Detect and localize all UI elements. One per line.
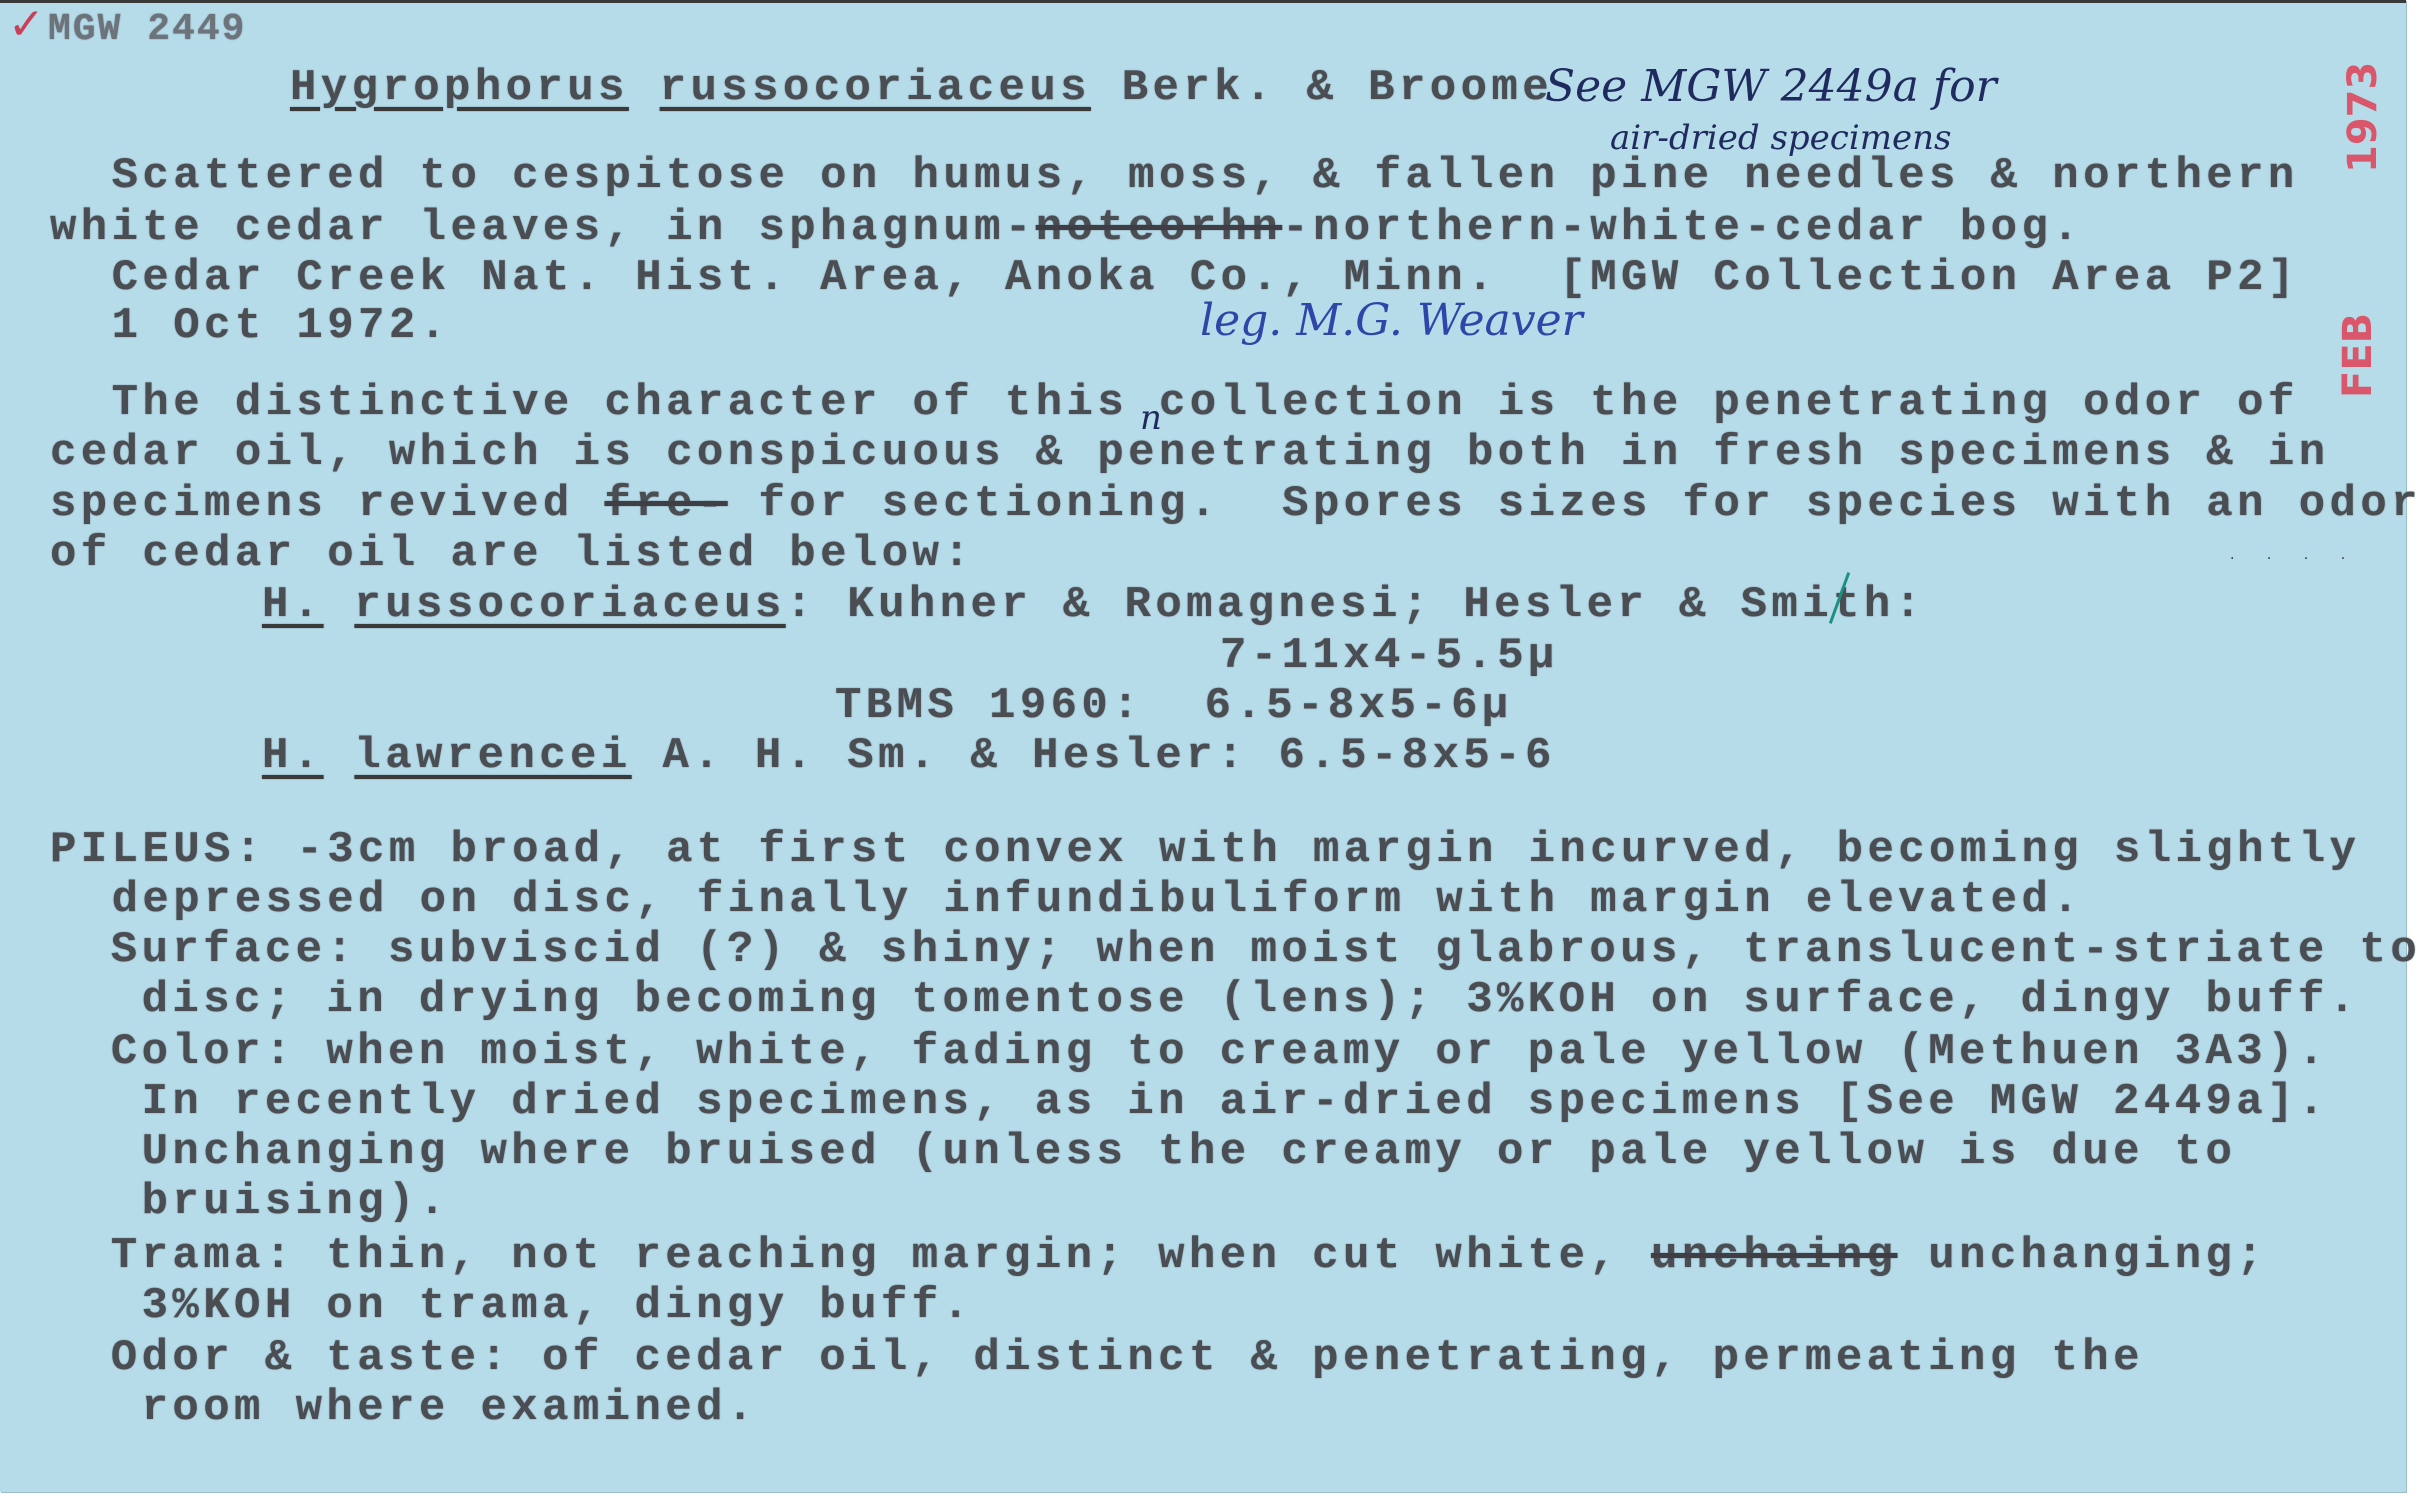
odor-line-1: Odor & taste: of cedar oil, distinct & p… xyxy=(80,1333,2144,1383)
spore-genus: H. xyxy=(262,731,324,781)
correction-handwritten: n xyxy=(1140,398,1162,438)
habitat-line-1: Scattered to cespitose on humus, moss, &… xyxy=(50,151,2299,201)
discussion-text: specimens revived xyxy=(50,479,604,529)
habitat-text: white cedar leaves, in sphagnum- xyxy=(50,203,1036,253)
struck-text: unchaing xyxy=(1651,1231,1897,1281)
date-stamp-year: 1973 xyxy=(2340,62,2386,173)
habitat-text: -northern-white-cedar bog. xyxy=(1282,203,2083,253)
discussion-line-3: specimens revived fre- for sectioning. S… xyxy=(50,479,2421,529)
surface-line-2: disc; in drying becoming tomentose (lens… xyxy=(80,975,2360,1025)
date-stamp-month: FEB xyxy=(2335,313,2381,398)
stray-dots: · · · · xyxy=(2230,551,2359,567)
discussion-line-2: cedar oil, which is conspicuous & penetr… xyxy=(50,428,2330,478)
discussion-line-1: The distinctive character of this collec… xyxy=(50,378,2299,428)
trama-text: unchanging; xyxy=(1897,1231,2267,1281)
herbarium-card: ✓ MGW 2449 Hygrophorus russocoriaceus Be… xyxy=(0,0,2406,1492)
locality-line: Cedar Creek Nat. Hist. Area, Anoka Co., … xyxy=(50,253,2299,303)
spore-row-2: H. lawrencei A. H. Sm. & Hesler: 6.5-8x5… xyxy=(262,731,1556,781)
spore-source: : Kuhner & Romagnesi; Hesler & Smith: xyxy=(786,580,1926,630)
spore-species: lawrencei xyxy=(354,731,631,781)
color-line-4: bruising). xyxy=(80,1177,450,1227)
struck-text: fre- xyxy=(604,479,727,529)
collector-handwritten: leg. M.G. Weaver xyxy=(1200,295,1583,346)
discussion-line-4: of cedar oil are listed below: xyxy=(50,529,974,579)
collection-date: 1 Oct 1972. xyxy=(50,301,450,351)
odor-line-2: room where examined. xyxy=(80,1383,758,1433)
trama-text: Trama: thin, not reaching margin; when c… xyxy=(80,1231,1651,1281)
color-line-3: Unchanging where bruised (unless the cre… xyxy=(80,1127,2236,1177)
catalog-number: MGW 2449 xyxy=(48,5,246,55)
spore-species: russocoriaceus xyxy=(354,580,785,630)
trama-line-1: Trama: thin, not reaching margin; when c… xyxy=(80,1231,2267,1281)
title-authority: Berk. & Broome xyxy=(1122,63,1553,113)
see-note-handwritten: See MGW 2449a for xyxy=(1545,61,1997,112)
spore-genus: H. xyxy=(262,580,324,630)
spore-size-1: 7-11x4-5.5µ xyxy=(1220,631,1559,681)
check-mark-icon: ✓ xyxy=(8,0,45,50)
trama-line-2: 3%KOH on trama, dingy buff. xyxy=(80,1281,973,1331)
habitat-line-2: white cedar leaves, in sphagnum-noteorhn… xyxy=(50,203,2083,253)
surface-line-1: Surface: subviscid (?) & shiny; when moi… xyxy=(80,925,2421,975)
spore-source: A. H. Sm. & Hesler: 6.5-8x5-6 xyxy=(632,731,1556,781)
spore-size-2: TBMS 1960: 6.5-8x5-6µ xyxy=(835,681,1513,731)
discussion-text: for sectioning. Spores sizes for species… xyxy=(728,479,2421,529)
struck-text: noteorhn xyxy=(1036,203,1282,253)
color-line-2: In recently dried specimens, as in air-d… xyxy=(80,1077,2329,1127)
pileus-line-2: depressed on disc, finally infundibulifo… xyxy=(50,875,2083,925)
spore-row-1: H. russocoriaceus: Kuhner & Romagnesi; H… xyxy=(262,580,1925,630)
species-title: Hygrophorus russocoriaceus Berk. & Broom… xyxy=(290,63,1553,113)
title-species: russocoriaceus xyxy=(660,63,1091,113)
pileus-line-1: PILEUS: -3cm broad, at first convex with… xyxy=(50,825,2360,875)
color-line-1: Color: when moist, white, fading to crea… xyxy=(80,1027,2329,1077)
title-genus: Hygrophorus xyxy=(290,63,629,113)
